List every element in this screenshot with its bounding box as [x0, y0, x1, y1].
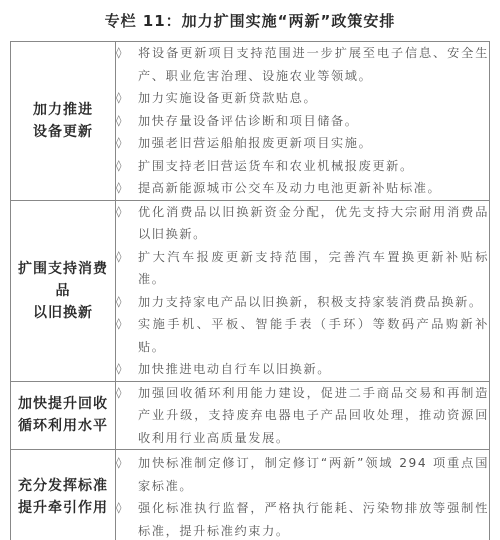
diamond-bullet-icon: ◊ [116, 201, 138, 246]
list-item: ◊将设备更新项目支持范围进一步扩展至电子信息、安全生产、职业危害治理、设施农业等… [116, 42, 489, 87]
diamond-bullet-icon: ◊ [116, 452, 138, 497]
diamond-bullet-icon: ◊ [116, 291, 138, 314]
list-item: ◊加快标准制定修订，制定修订“两新”领域 294 项重点国家标准。 [116, 452, 489, 497]
items-cell: ◊将设备更新项目支持范围进一步扩展至电子信息、安全生产、职业危害治理、设施农业等… [116, 42, 490, 201]
table-row: 充分发挥标准 提升牵引作用 ◊加快标准制定修订，制定修订“两新”领域 294 项… [11, 450, 490, 540]
list-item: ◊实施手机、平板、智能手表（手环）等数码产品购新补贴。 [116, 313, 489, 358]
table-row: 扩围支持消费品 以旧换新 ◊优化消费品以旧换新资金分配，优先支持大宗耐用消费品以… [11, 200, 490, 381]
category-cell: 加快提升回收 循环利用水平 [11, 381, 116, 450]
list-item: ◊扩大汽车报废更新支持范围，完善汽车置换更新补贴标准。 [116, 246, 489, 291]
diamond-bullet-icon: ◊ [116, 110, 138, 133]
category-label: 加力推进 [11, 99, 115, 121]
list-item: ◊优化消费品以旧换新资金分配，优先支持大宗耐用消费品以旧换新。 [116, 201, 489, 246]
diamond-bullet-icon: ◊ [116, 177, 138, 200]
items-cell: ◊加强回收循环利用能力建设，促进二手商品交易和再制造产业升级，支持废弃电器电子产… [116, 381, 490, 450]
category-label: 充分发挥标准 [11, 475, 115, 497]
diamond-bullet-icon: ◊ [116, 313, 138, 358]
diamond-bullet-icon: ◊ [116, 132, 138, 155]
list-item: ◊强化标准执行监督，严格执行能耗、污染物排放等强制性标准，提升标准约束力。 [116, 497, 489, 540]
list-item: ◊加强老旧营运船舶报废更新项目实施。 [116, 132, 489, 155]
list-item: ◊加力支持家电产品以旧换新，积极支持家装消费品换新。 [116, 291, 489, 314]
diamond-bullet-icon: ◊ [116, 87, 138, 110]
list-item: ◊加强回收循环利用能力建设，促进二手商品交易和再制造产业升级，支持废弃电器电子产… [116, 382, 489, 450]
list-item: ◊提高新能源城市公交车及动力电池更新补贴标准。 [116, 177, 489, 200]
list-item: ◊扩围支持老旧营运货车和农业机械报废更新。 [116, 155, 489, 178]
category-label: 加快提升回收 [11, 393, 115, 415]
diamond-bullet-icon: ◊ [116, 497, 138, 540]
diamond-bullet-icon: ◊ [116, 42, 138, 87]
list-item: ◊加力实施设备更新贷款贴息。 [116, 87, 489, 110]
category-label: 设备更新 [11, 121, 115, 143]
category-cell: 扩围支持消费品 以旧换新 [11, 200, 116, 381]
page-title: 专栏 11：加力扩围实施“两新”政策安排 [0, 10, 500, 31]
list-item: ◊加快推进电动自行车以旧换新。 [116, 358, 489, 381]
diamond-bullet-icon: ◊ [116, 382, 138, 450]
category-cell: 加力推进 设备更新 [11, 42, 116, 201]
category-cell: 充分发挥标准 提升牵引作用 [11, 450, 116, 540]
category-label: 提升牵引作用 [11, 497, 115, 519]
category-label: 扩围支持消费品 [11, 258, 115, 302]
table-row: 加快提升回收 循环利用水平 ◊加强回收循环利用能力建设，促进二手商品交易和再制造… [11, 381, 490, 450]
items-cell: ◊优化消费品以旧换新资金分配，优先支持大宗耐用消费品以旧换新。 ◊扩大汽车报废更… [116, 200, 490, 381]
diamond-bullet-icon: ◊ [116, 358, 138, 381]
diamond-bullet-icon: ◊ [116, 246, 138, 291]
diamond-bullet-icon: ◊ [116, 155, 138, 178]
category-label: 循环利用水平 [11, 415, 115, 437]
items-cell: ◊加快标准制定修订，制定修订“两新”领域 294 项重点国家标准。 ◊强化标准执… [116, 450, 490, 540]
category-label: 以旧换新 [11, 302, 115, 324]
list-item: ◊加快存量设备评估诊断和项目储备。 [116, 110, 489, 133]
policy-table: 加力推进 设备更新 ◊将设备更新项目支持范围进一步扩展至电子信息、安全生产、职业… [10, 41, 490, 540]
table-row: 加力推进 设备更新 ◊将设备更新项目支持范围进一步扩展至电子信息、安全生产、职业… [11, 42, 490, 201]
